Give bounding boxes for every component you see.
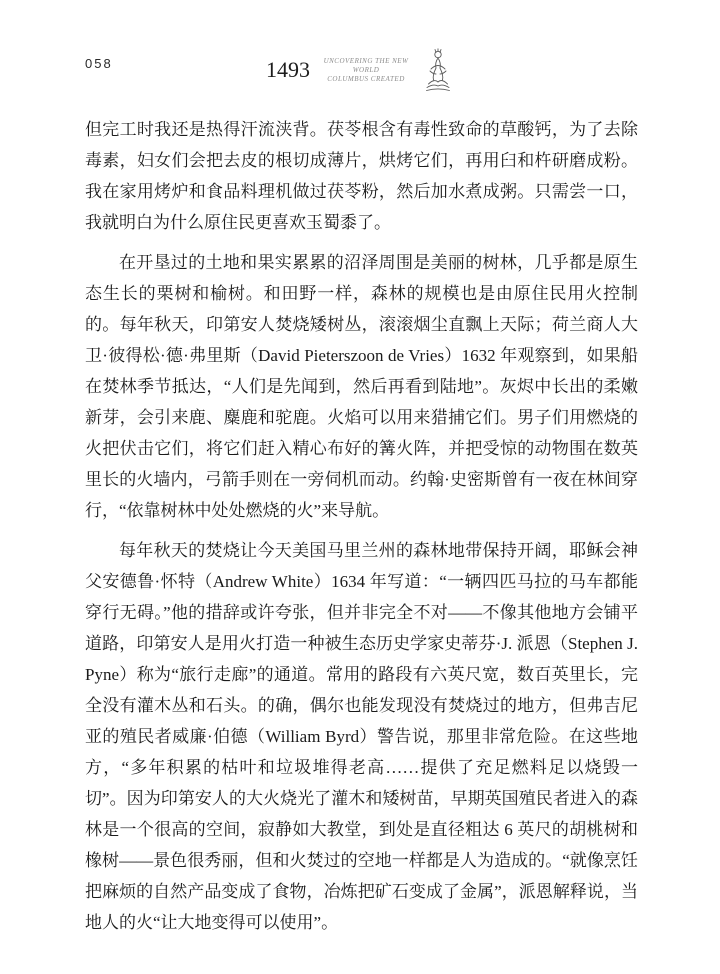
book-title: 1493 — [266, 56, 310, 84]
book-subtitle: UNCOVERING THE NEW WORLD COLUMBUS CREATE… — [322, 57, 410, 84]
book-subtitle-line1: UNCOVERING THE NEW WORLD — [322, 57, 410, 75]
running-head: 1493 UNCOVERING THE NEW WORLD COLUMBUS C… — [266, 48, 456, 92]
paragraph: 在开垦过的土地和果实累累的沼泽周围是美丽的树林，几乎都是原生态生长的栗树和榆树。… — [85, 247, 638, 526]
woodcut-emblem-icon — [420, 48, 456, 92]
paragraph: 每年秋天的焚烧让今天美国马里兰州的森林地带保持开阔，耶稣会神父安德鲁·怀特（An… — [85, 535, 638, 938]
paragraph: 但完工时我还是热得汗流浃背。茯苓根含有毒性致命的草酸钙，为了去除毒素，妇女们会把… — [85, 114, 638, 238]
book-subtitle-line2: COLUMBUS CREATED — [322, 75, 410, 84]
body-text: 但完工时我还是热得汗流浃背。茯苓根含有毒性致命的草酸钙，为了去除毒素，妇女们会把… — [85, 114, 638, 947]
book-page: 058 1493 UNCOVERING THE NEW WORLD COLUMB… — [0, 0, 720, 974]
page-number: 058 — [85, 56, 113, 71]
